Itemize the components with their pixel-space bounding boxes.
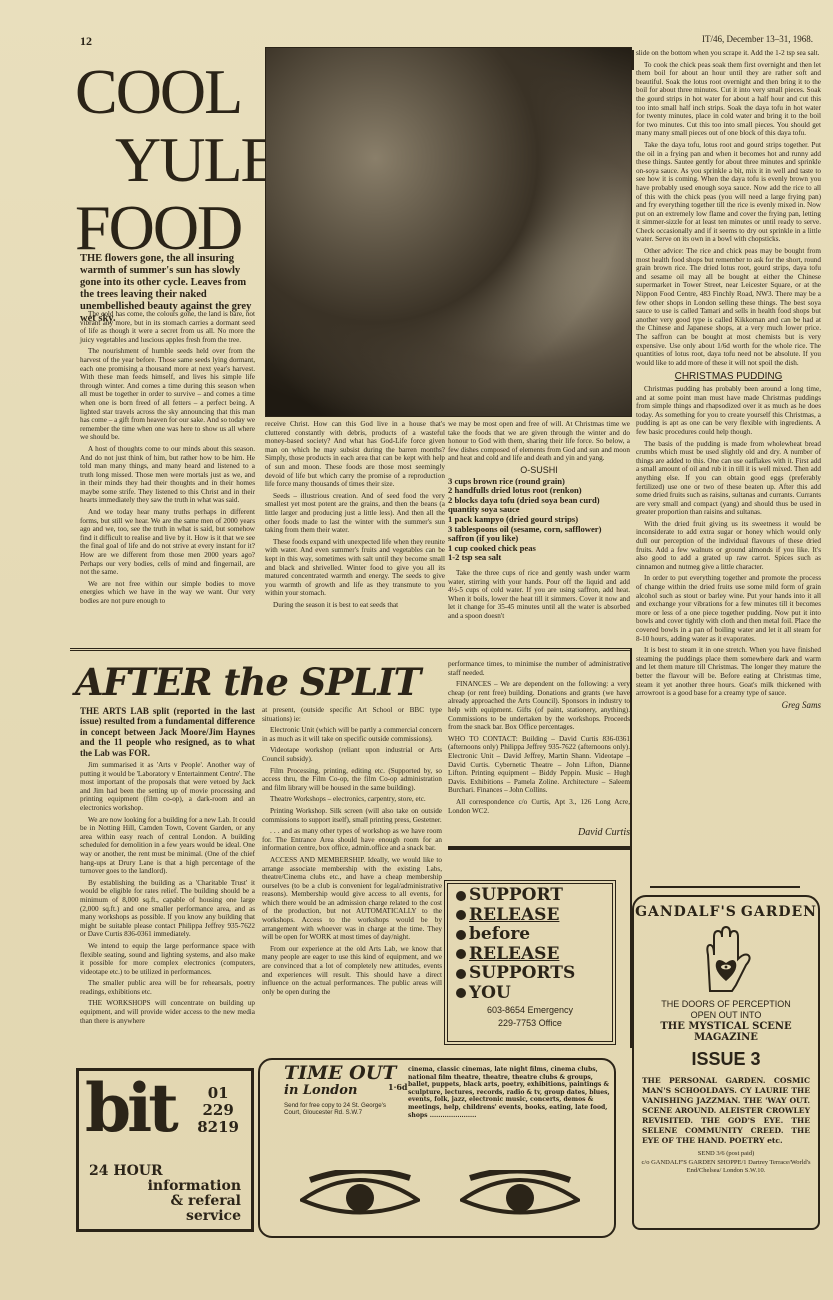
issue-date: IT/46, December 13–31, 1968. [702, 34, 813, 44]
paragraph: Electronic Unit (which will be partly a … [262, 726, 442, 743]
paragraph: FINANCES – We are dependent on the follo… [448, 680, 630, 732]
tagline: MAGAZINE [634, 1032, 818, 1043]
arc-right: GARDEN [741, 904, 817, 920]
gandalfs-garden-advert: GANDALF'S GARDEN THE DOORS OF PERCEPTION… [632, 895, 820, 1230]
yule-column-1: The cold has come, the colours gone, the… [80, 310, 255, 609]
bit-advert: bit 01 229 8219 24 HOUR information & re… [76, 1068, 254, 1232]
paragraph: THE WORKSHOPS will concentrate on buildi… [80, 999, 255, 1025]
paragraph: All correspondence c/o Curtis, Apt 3., 1… [448, 798, 630, 815]
paragraph: We intend to equip the large performance… [80, 942, 255, 976]
price: 1·6d [388, 1082, 408, 1092]
issue-number: ISSUE 3 [634, 1049, 818, 1070]
paragraph: We are now looking for a building for a … [80, 816, 255, 876]
tagline: THE MYSTICAL SCENE [634, 1021, 818, 1032]
advert-line: YOU [456, 984, 604, 1004]
paragraph: During the season it is best to eat seed… [265, 601, 445, 610]
paragraph: Film Processing, printing, editing etc. … [262, 767, 442, 793]
paragraph: Take the daya tofu, lotus root and gourd… [636, 141, 821, 244]
section-rule [448, 846, 630, 850]
lead-paragraph: THE ARTS LAB split (reported in the last… [80, 706, 255, 758]
paragraph: With the dried fruit giving us its sweet… [636, 520, 821, 572]
paragraph: The basis of the pudding is made from wh… [636, 440, 821, 517]
paragraph: To cook the chick peas soak them first o… [636, 61, 821, 138]
time-out-logo: TIME OUT in London [284, 1064, 396, 1100]
article-title-after-the-split: AFTER the SPLIT [75, 660, 445, 704]
send-address: Send for free copy to 24 St. George's Co… [284, 1102, 404, 1116]
phone-emergency: 603-8654 Emergency [456, 1005, 604, 1016]
paragraph: Videotape workshop (reliant upon industr… [262, 746, 442, 763]
paragraph: A host of thoughts come to our minds abo… [80, 445, 255, 505]
hours-label: 24 HOUR [89, 1163, 163, 1179]
paragraph: It is best to steam it in one stretch. W… [636, 646, 821, 698]
paragraph: Other advice: The rice and chick peas ma… [636, 247, 821, 367]
byline-david-curtis: David Curtis [448, 829, 630, 838]
yule-column-2: receive Christ. How can this God live in… [265, 420, 445, 612]
split-column-3: performance times, to minimise the numbe… [448, 660, 630, 850]
paragraph: slide on the bottom when you scrape it. … [636, 49, 821, 58]
bullet-icon [456, 949, 466, 959]
paragraph: Theatre Workshops – electronics, carpent… [262, 795, 442, 804]
advert-line: RELEASE [456, 945, 604, 965]
paragraph: And we today hear many truths perhaps in… [80, 508, 255, 577]
article-title-cool-yule-food: COOL YULE FOOD [75, 58, 265, 262]
split-column-1: THE ARTS LAB split (reported in the last… [80, 706, 255, 1028]
bullet-icon [456, 910, 466, 920]
listings-text: cinema, classic cinemas, late night film… [408, 1066, 613, 1119]
title-line: COOL [75, 58, 265, 126]
paragraph: performance times, to minimise the numbe… [448, 660, 630, 677]
yule-column-3: we may be most open and free of will. At… [448, 420, 630, 623]
advert-line: SUPPORT [456, 886, 604, 906]
right-eye-icon [460, 1170, 580, 1220]
contact-list: WHO TO CONTACT: Building – David Curtis … [448, 735, 630, 795]
feast-engraving-illustration [265, 47, 632, 417]
advert-line: RELEASE [456, 906, 604, 926]
paragraph: These foods expand with unexpected life … [265, 538, 445, 598]
paragraph: at present, (outside specific Art School… [262, 706, 442, 723]
section-rule [70, 648, 630, 652]
paragraph: The nourishment of humble seeds held ove… [80, 347, 255, 442]
paragraph: . . . and as many other types of worksho… [262, 827, 442, 853]
section-rule [650, 886, 800, 888]
advert-line: SUPPORTS [456, 964, 604, 984]
tagline: THE DOORS OF PERCEPTION [634, 999, 818, 1010]
bit-logo: bit [85, 1073, 175, 1143]
release-advert: SUPPORT RELEASE before RELEASE SUPPORTS … [444, 880, 616, 1045]
subheading-christmas-pudding: CHRISTMAS PUDDING [636, 373, 821, 382]
paragraph: The cold has come, the colours gone, the… [80, 310, 255, 344]
paragraph: Seeds – illustrious creation. And of see… [265, 492, 445, 535]
title-line: YULE [75, 126, 265, 194]
advert-line: before [456, 925, 604, 945]
column-rule [632, 50, 634, 70]
paragraph: receive Christ. How can this God live in… [265, 420, 445, 489]
paragraph: ACCESS AND MEMBERSHIP. Ideally, we would… [262, 856, 442, 942]
paragraph: From our experience at the old Arts Lab,… [262, 945, 442, 997]
service-label: information & referal service [148, 1179, 241, 1224]
paragraph: we may be most open and free of will. At… [448, 420, 630, 463]
phone-number: 01 229 8219 [197, 1085, 239, 1136]
paragraph: Christmas pudding has probably been arou… [636, 385, 821, 437]
hand-heart-eye-icon [696, 925, 756, 995]
split-column-2: at present, (outside specific Art School… [262, 706, 442, 999]
paragraph: Jim summarised it as 'Arts v People'. An… [80, 761, 255, 813]
paragraph: The smaller public area will be for rehe… [80, 979, 255, 996]
left-eye-icon [300, 1170, 420, 1220]
ingredient-list: 3 cups brown rice (round grain) 2 handfu… [448, 477, 630, 563]
mail-address: c/o GANDALF'S GARDEN SHOPPE/1 Dartrey Te… [634, 1159, 818, 1175]
contents-list: THE PERSONAL GARDEN. COSMIC MAN'S SCHOOL… [634, 1076, 818, 1146]
paragraph: Printing Workshop. Silk screen (will als… [262, 807, 442, 824]
garden-arc-title: GANDALF'S GARDEN [634, 903, 818, 921]
bullet-icon [456, 891, 466, 901]
phone-office: 229-7753 Office [456, 1018, 604, 1029]
arc-left: GANDALF'S [635, 904, 737, 920]
paragraph: By establishing the building as a 'Chari… [80, 879, 255, 939]
page-number: 12 [80, 34, 92, 49]
byline-greg-sams: Greg Sams [636, 701, 821, 710]
paragraph: We are not free within our simple bodies… [80, 580, 255, 606]
send-price: SEND 3/6 (post paid) [634, 1150, 818, 1158]
recipe-title-o-sushi: O-SUSHI [448, 466, 630, 475]
ingredient: 1-2 tsp sea salt [448, 553, 630, 563]
tagline: OPEN OUT INTO [634, 1010, 818, 1021]
bullet-icon [456, 988, 466, 998]
title-line: FOOD [75, 194, 265, 262]
time-out-advert: TIME OUT in London 1·6d Send for free co… [258, 1058, 616, 1238]
recipe-method: Take the three cups of rice and gently w… [448, 569, 630, 621]
bullet-icon [456, 969, 466, 979]
bullet-icon [456, 930, 466, 940]
paragraph: In order to put everything together and … [636, 574, 821, 643]
newspaper-page: 12 IT/46, December 13–31, 1968. COOL YUL… [0, 0, 833, 1300]
yule-column-4: slide on the bottom when you scrape it. … [636, 49, 821, 709]
